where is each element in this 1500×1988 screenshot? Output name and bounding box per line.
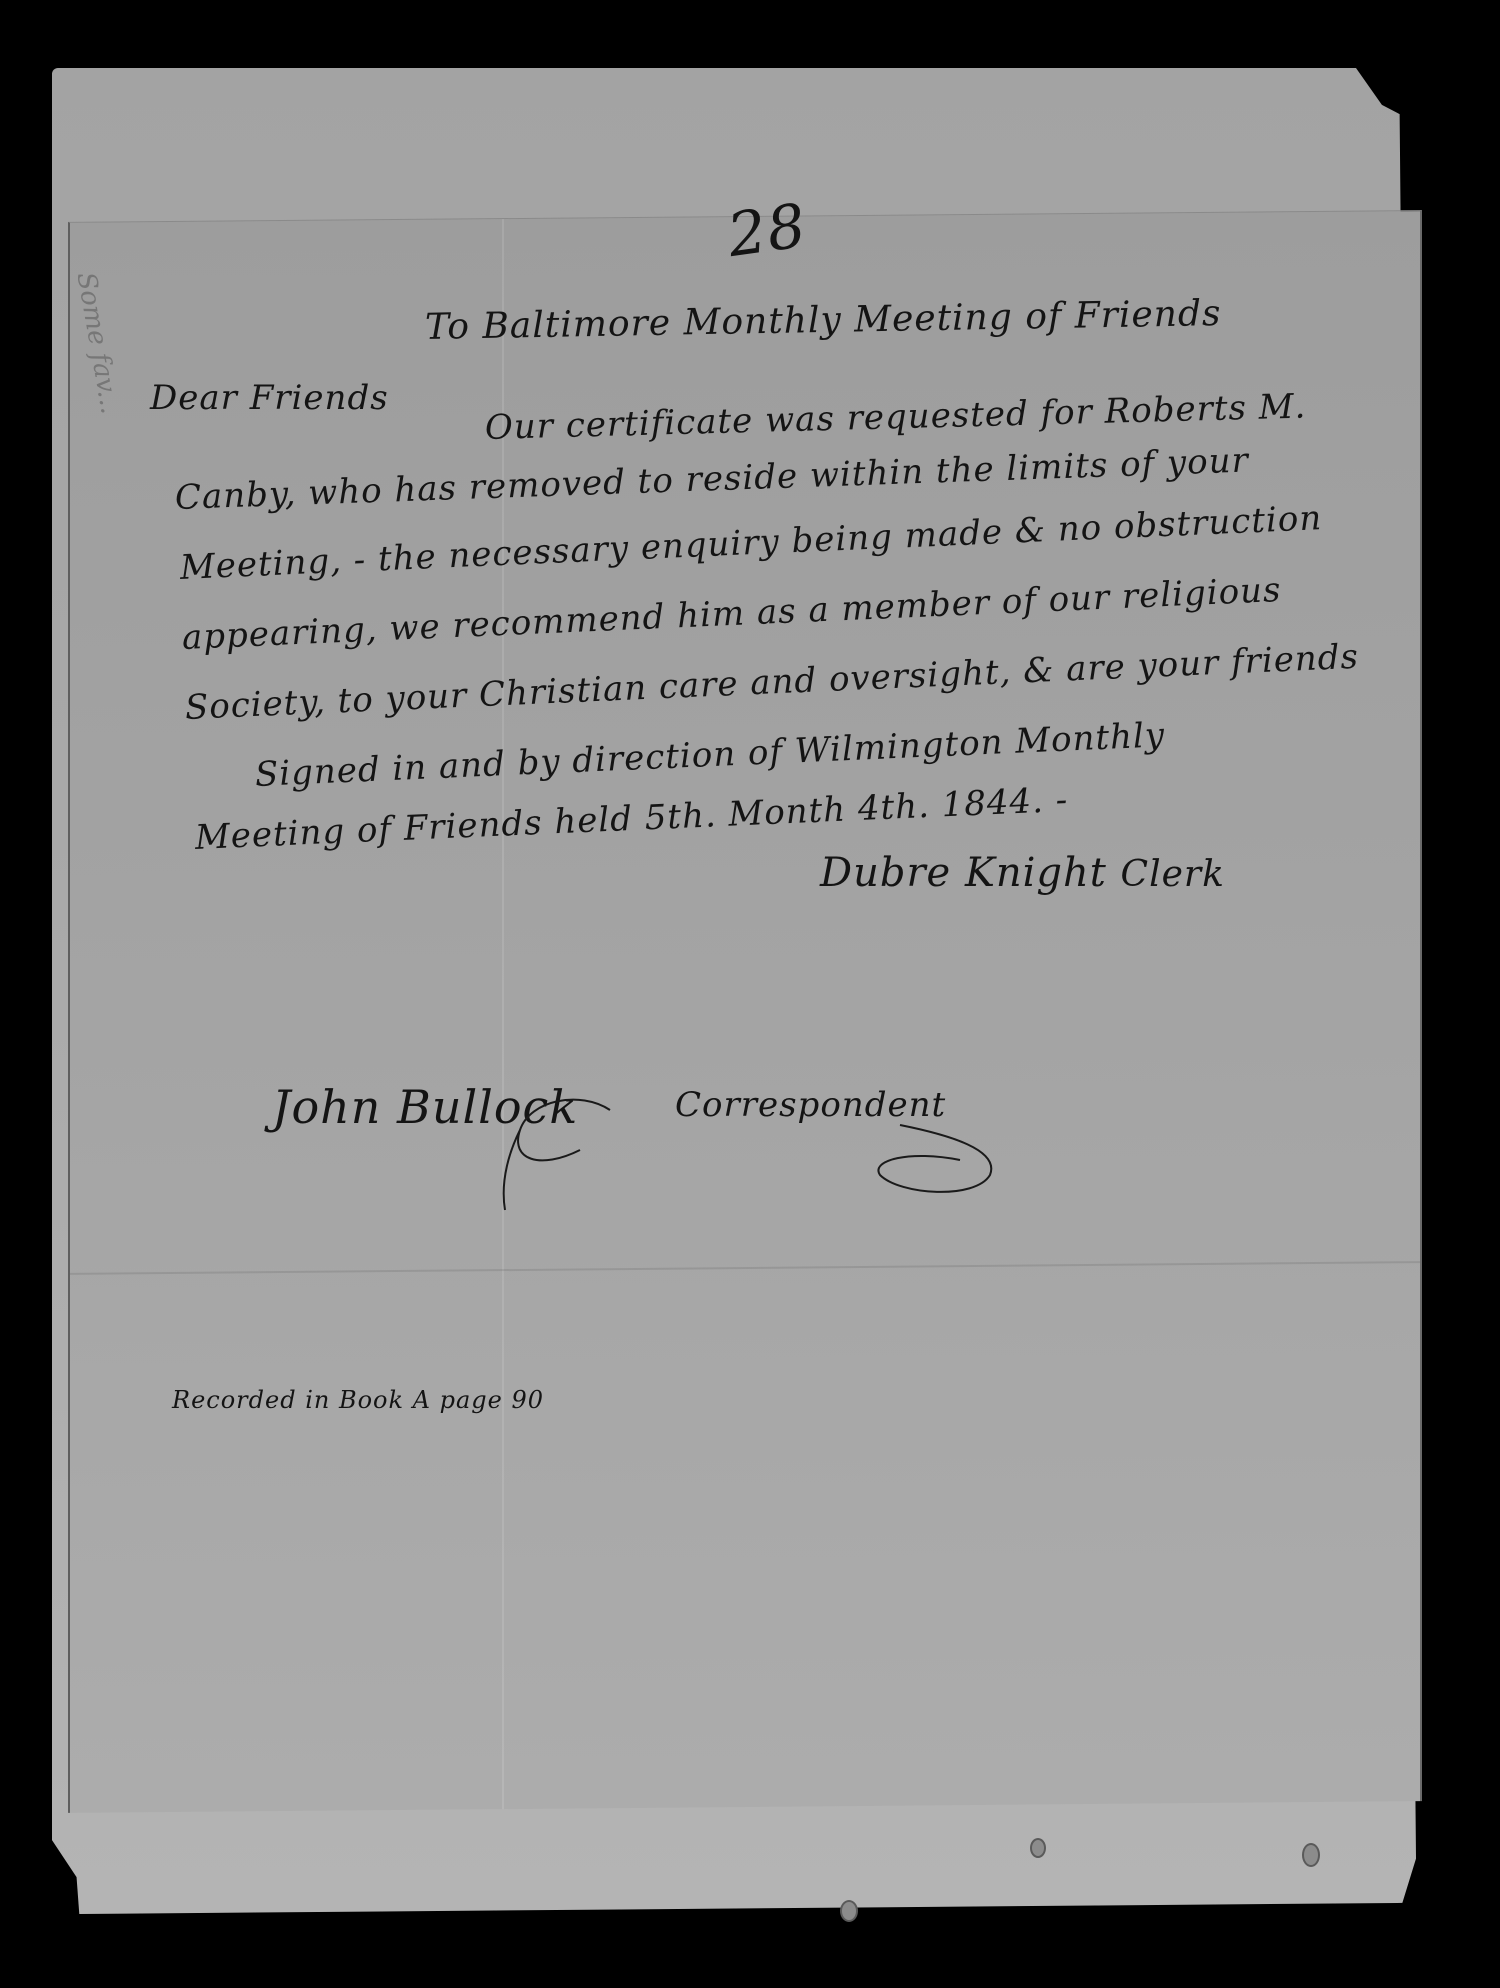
fold-line bbox=[502, 219, 504, 1809]
page-number: 28 bbox=[724, 191, 811, 271]
correspondent-title: Correspondent bbox=[675, 1085, 946, 1125]
recorded-note: Recorded in Book A page 90 bbox=[172, 1386, 544, 1414]
paper-stain bbox=[1302, 1843, 1320, 1867]
salutation: Dear Friends bbox=[150, 378, 389, 418]
fold-line bbox=[70, 1261, 1420, 1275]
paper-stain bbox=[840, 1900, 858, 1922]
clerk-signature: Dubre Knight Clerk bbox=[820, 850, 1225, 896]
clerk-name: Dubre Knight bbox=[820, 850, 1107, 896]
paper-stain bbox=[1030, 1838, 1046, 1858]
clerk-title: Clerk bbox=[1121, 854, 1225, 895]
